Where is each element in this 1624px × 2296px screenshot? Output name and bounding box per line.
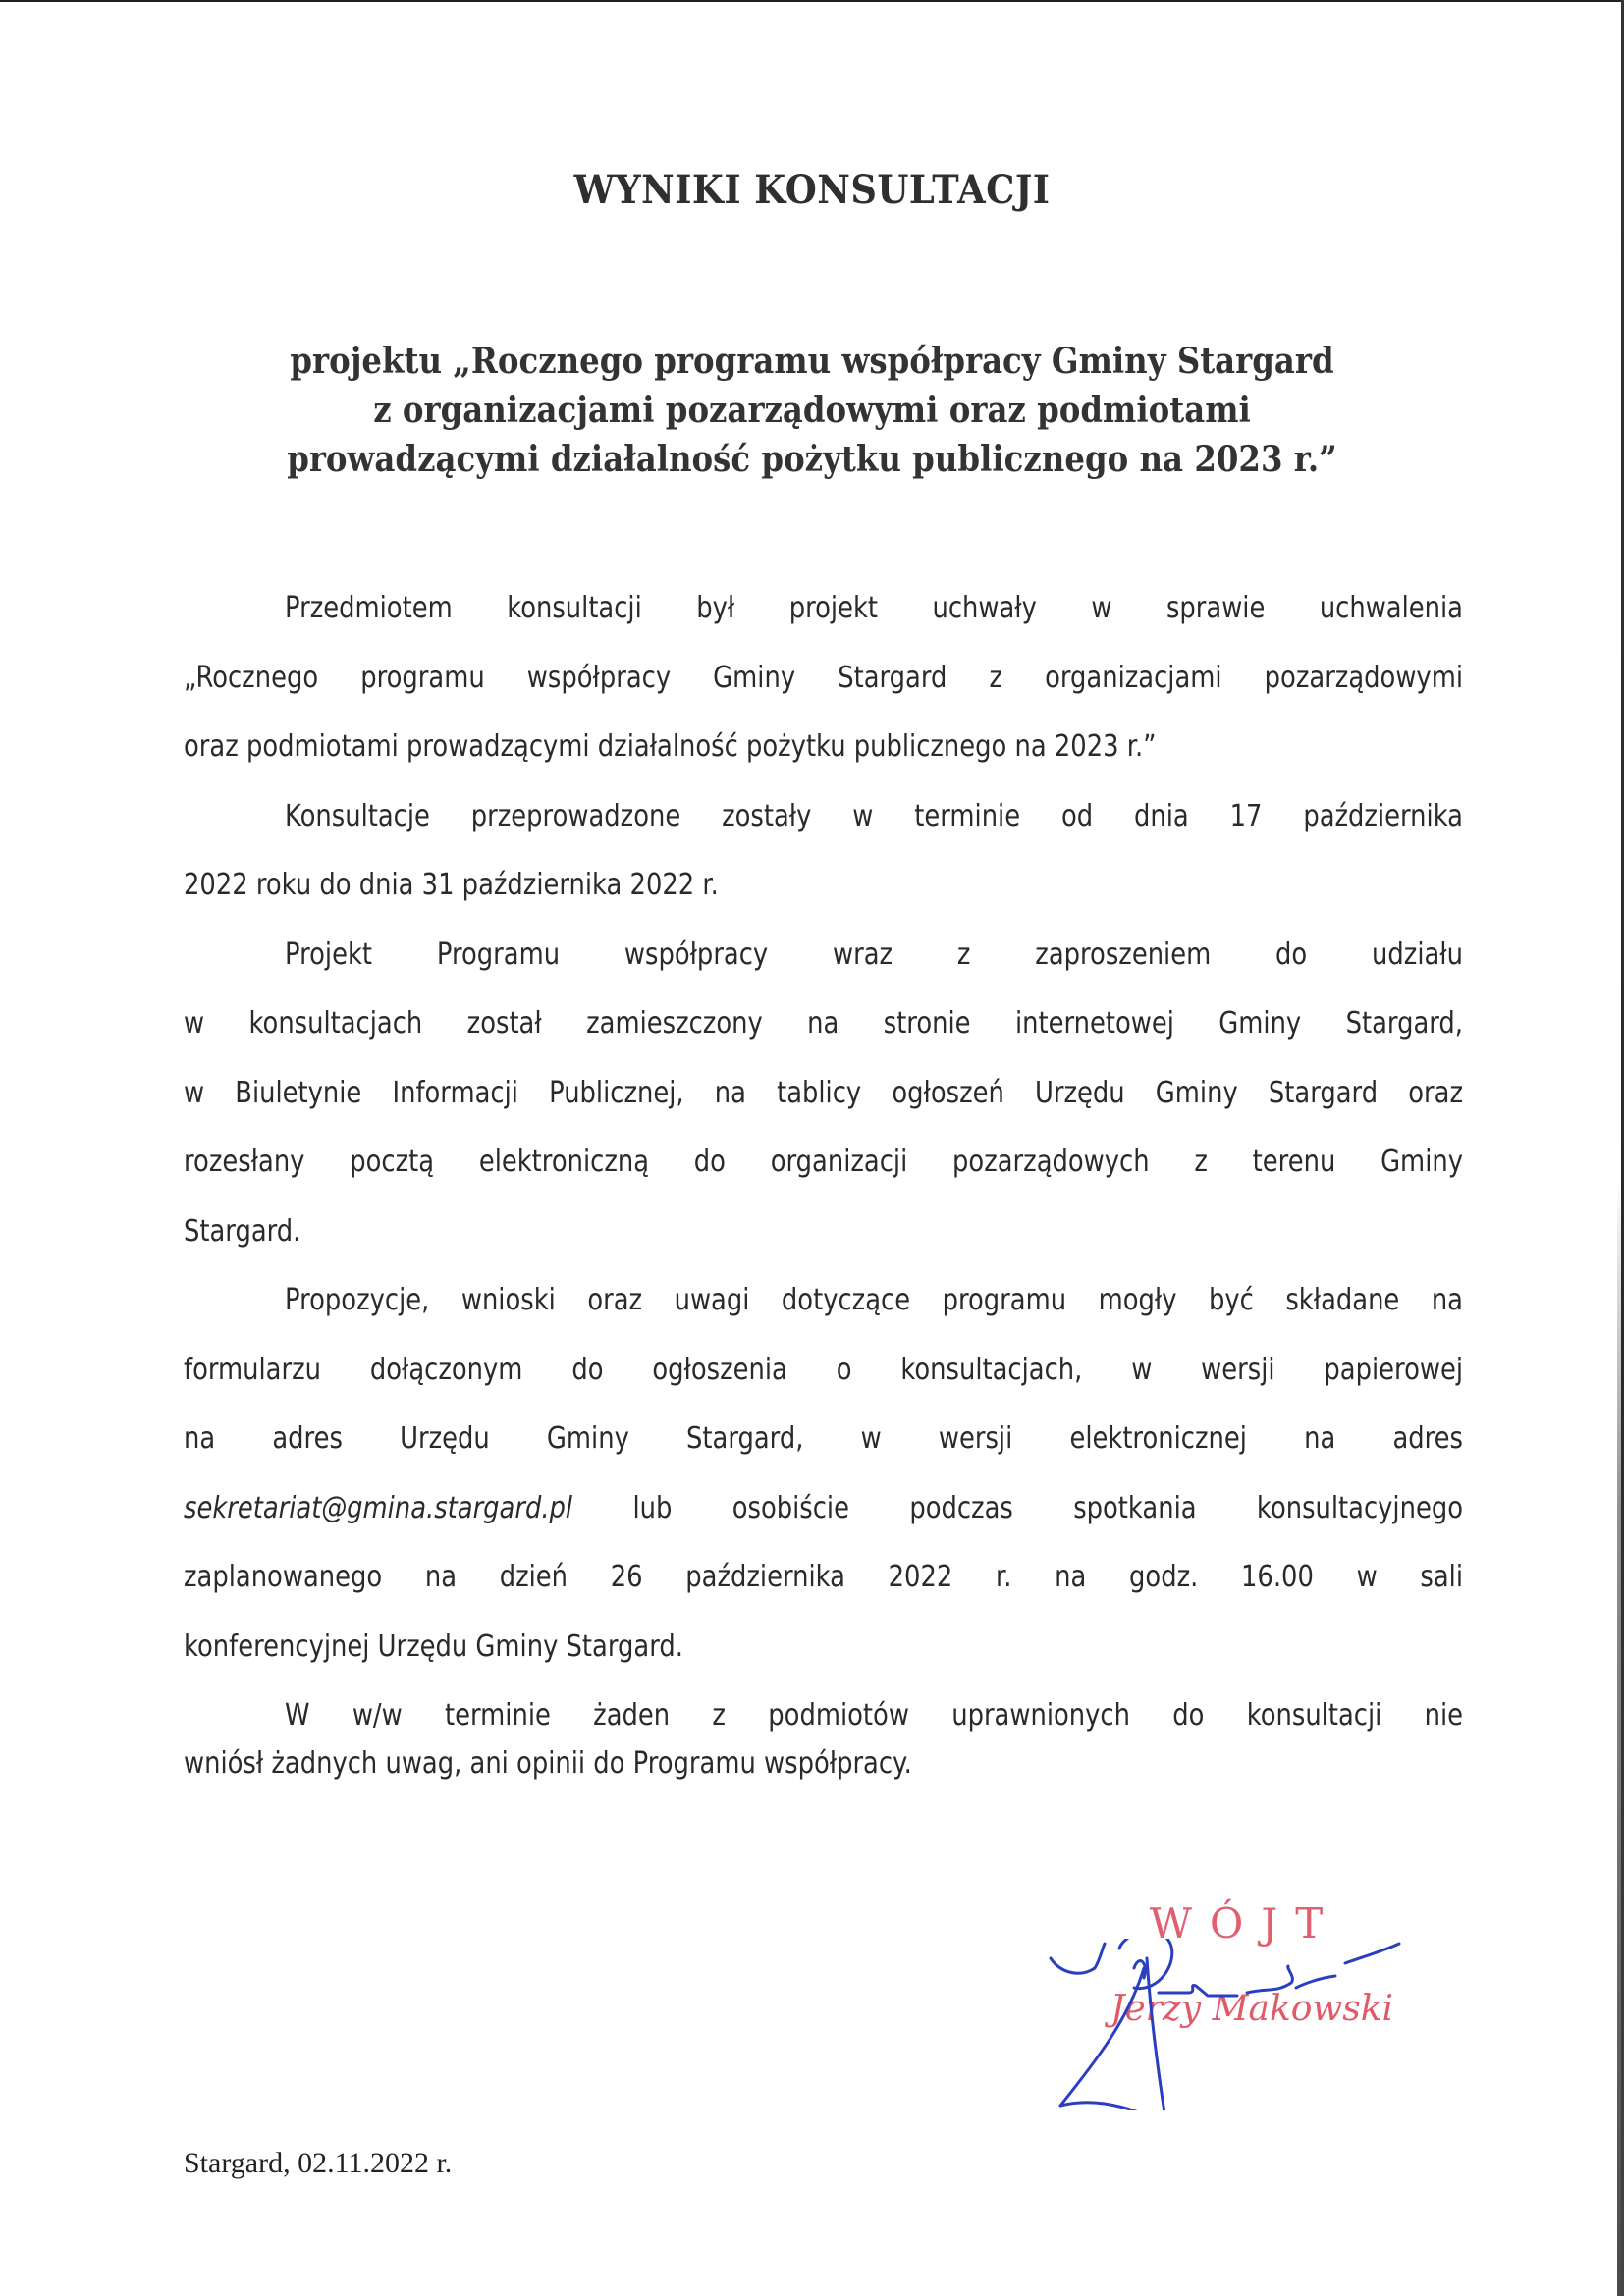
place-and-date: Stargard, 02.11.2022 r. bbox=[184, 2147, 452, 2180]
paragraph-line: formularzu dołączonym do ogłoszenia o ko… bbox=[184, 1336, 1463, 1406]
paragraph-line: na adres Urzędu Gminy Stargard, w wersji… bbox=[184, 1405, 1463, 1474]
paragraph-line: Konsultacje przeprowadzone zostały w ter… bbox=[184, 782, 1463, 852]
document-subtitle: projektu „Rocznego programu współpracy G… bbox=[81, 337, 1543, 484]
subtitle-line: z organizacjami pozarządowymi oraz podmi… bbox=[81, 386, 1543, 435]
document-page: WYNIKI KONSULTACJI projektu „Rocznego pr… bbox=[0, 0, 1624, 2296]
paragraph-line: konferencyjnej Urzędu Gminy Stargard. bbox=[184, 1613, 1463, 1682]
paragraph-line: rozesłany pocztą elektroniczną do organi… bbox=[184, 1128, 1463, 1198]
subtitle-line: projektu „Rocznego programu współpracy G… bbox=[81, 337, 1543, 386]
paragraph-line: oraz podmiotami prowadzącymi działalność… bbox=[184, 713, 1463, 782]
email-address: sekretariat@gmina.stargard.pl bbox=[184, 1491, 572, 1525]
paragraph-line: Stargard. bbox=[184, 1198, 1463, 1267]
paragraph-line: zaplanowanego na dzień 26 października 2… bbox=[184, 1543, 1463, 1613]
paragraph-line: Projekt Programu współpracy wraz z zapro… bbox=[184, 921, 1463, 990]
document-title: WYNIKI KONSULTACJI bbox=[65, 167, 1559, 213]
scan-shadow-right bbox=[1617, 1178, 1621, 2296]
paragraph-line: Propozycje, wnioski oraz uwagi dotyczące… bbox=[184, 1266, 1463, 1336]
paragraph-line: wniósł żadnych uwag, ani opinii do Progr… bbox=[184, 1730, 1463, 1799]
signature-icon bbox=[1041, 1939, 1404, 2110]
paragraph-line: sekretariat@gmina.stargard.pl lub osobiś… bbox=[184, 1474, 1463, 1544]
paragraph-line: „Rocznego programu współpracy Gminy Star… bbox=[184, 644, 1463, 714]
scan-edge-top bbox=[0, 0, 1624, 2]
document-body: Przedmiotem konsultacji był projekt uchw… bbox=[184, 574, 1463, 1798]
subtitle-line: prowadzącymi działalność pożytku publicz… bbox=[81, 435, 1543, 484]
paragraph-line: w Biuletynie Informacji Publicznej, na t… bbox=[184, 1059, 1463, 1129]
paragraph-line: Przedmiotem konsultacji był projekt uchw… bbox=[184, 574, 1463, 644]
paragraph-line: w konsultacjach został zamieszczony na s… bbox=[184, 989, 1463, 1059]
paragraph-line: 2022 roku do dnia 31 października 2022 r… bbox=[184, 851, 1463, 921]
